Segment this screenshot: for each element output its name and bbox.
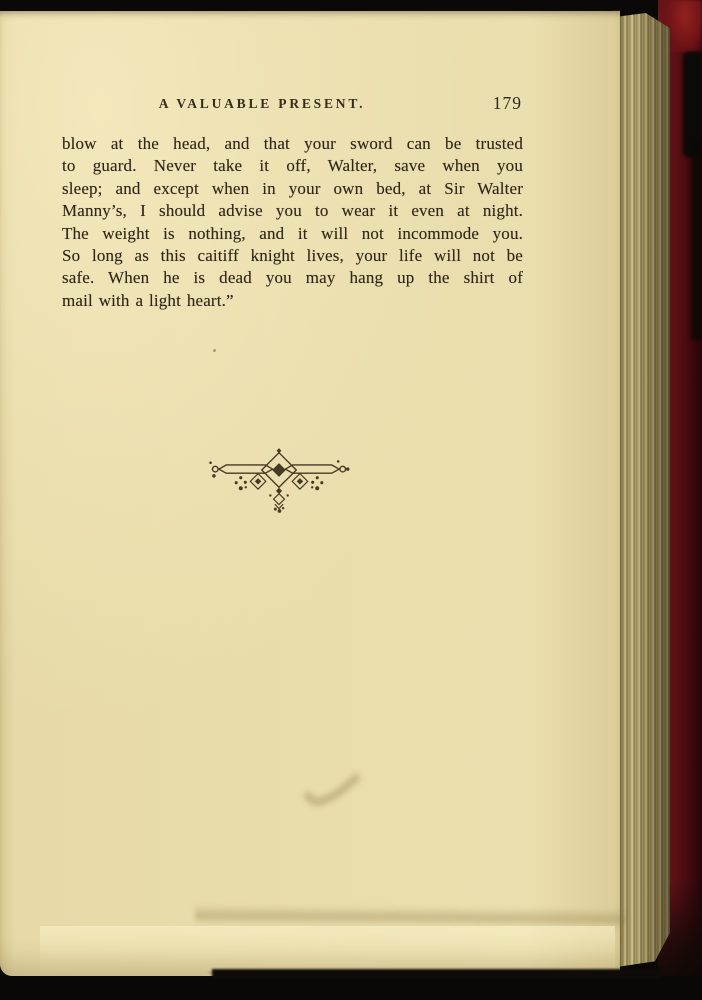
bottom-black-band [0, 976, 702, 1000]
text-line: to guard. Never take it off, Walter, sav… [62, 155, 523, 177]
page-title: A VALUABLE PRESENT. [62, 96, 462, 112]
page-fore-edge [616, 13, 670, 969]
tailpiece-ornament-icon [208, 447, 350, 513]
book-photo: A VALUABLE PRESENT. 179 blow at the head… [0, 0, 702, 1000]
text-line: The weight is nothing, and it will not i… [62, 223, 523, 245]
book-page: A VALUABLE PRESENT. 179 blow at the head… [0, 10, 620, 976]
text-line: sleep; and except when in your own bed, … [62, 178, 523, 200]
page-curl-highlight [40, 926, 615, 974]
text-line: blow at the head, and that your sword ca… [62, 133, 523, 155]
page-number: 179 [493, 93, 522, 114]
text-line: So long as this caitiff knight lives, yo… [62, 245, 523, 267]
body-paragraph: blow at the head, and that your sword ca… [62, 133, 523, 312]
background-shadow-column [691, 140, 702, 340]
running-header: A VALUABLE PRESENT. 179 [62, 96, 522, 116]
text-line: mail with a light heart.” [62, 290, 523, 312]
bottom-band-shadow [212, 969, 662, 979]
top-black-band [0, 0, 663, 11]
text-line: Manny’s, I should advise you to wear it … [62, 200, 523, 222]
text-line: safe. When he is dead you may hang up th… [62, 267, 523, 289]
paper-smudge-mark [296, 766, 380, 814]
paper-speck [213, 349, 216, 352]
